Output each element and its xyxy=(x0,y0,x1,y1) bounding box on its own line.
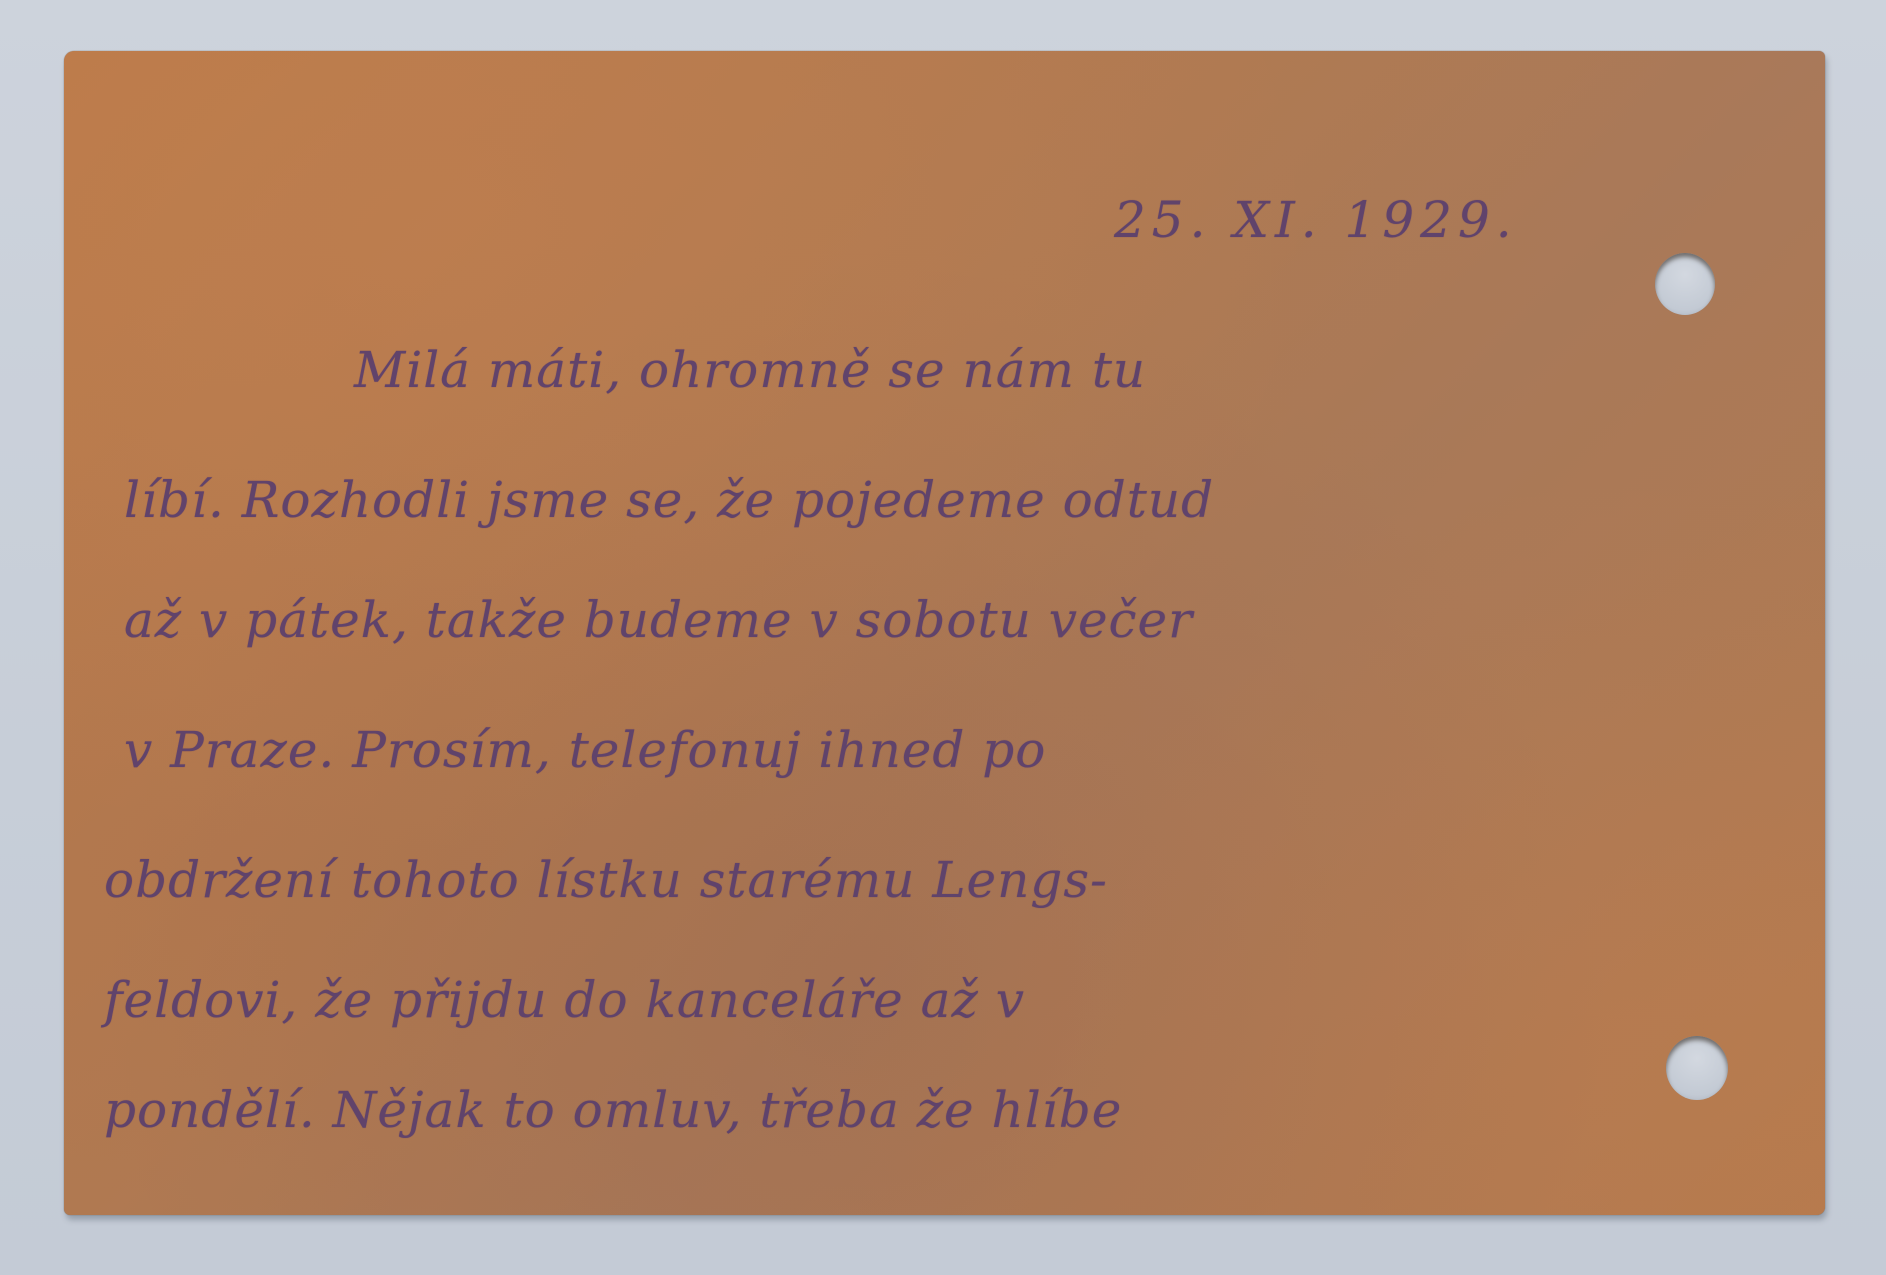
handwritten-date: 25. XI. 1929. xyxy=(1114,191,1518,249)
text-line-6: feldovi, že přijdu do kanceláře až v xyxy=(104,971,1025,1029)
bottom-punch-hole xyxy=(1666,1036,1728,1100)
top-punch-hole xyxy=(1655,253,1715,315)
text-line-4: v Praze. Prosím, telefonuj ihned po xyxy=(124,721,1046,779)
text-line-2: líbí. Rozhodli jsme se, že pojedeme odtu… xyxy=(124,471,1214,529)
text-line-7: pondělí. Nějak to omluv, třeba že hlíbe xyxy=(104,1081,1122,1139)
text-line-5: obdržení tohoto lístku starému Lengs- xyxy=(104,851,1108,909)
postcard: 25. XI. 1929. Milá máti, ohromně se nám … xyxy=(64,51,1825,1215)
text-line-1: Milá máti, ohromně se nám tu xyxy=(354,341,1146,399)
text-line-3: až v pátek, takže budeme v sobotu večer xyxy=(124,591,1193,649)
